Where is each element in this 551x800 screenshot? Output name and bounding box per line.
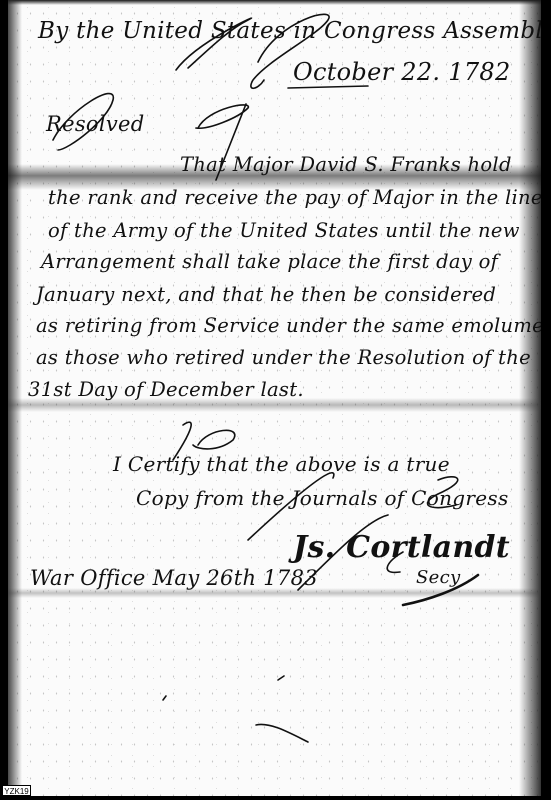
document-page: By the United States in Congress Assembl… (8, 0, 541, 796)
resolved-label: Resolved (46, 112, 145, 136)
body-line: as retiring from Service under the same … (36, 314, 541, 337)
signature: Js. Cortlandt (293, 530, 510, 565)
certification-line: I Certify that the above is a true (113, 452, 450, 476)
place-and-date: War Office May 26th 1783 (30, 566, 318, 590)
body-line: Arrangement shall take place the first d… (41, 250, 498, 273)
archive-label: YZK19 (2, 785, 31, 796)
body-line: January next, and that he then be consid… (36, 283, 496, 306)
certification-line: Copy from the Journals of Congress (136, 486, 509, 510)
body-line: 31st Day of December last. (28, 378, 304, 401)
body-line: of the Army of the United States until t… (48, 219, 520, 242)
document-date: October 22. 1782 (293, 58, 511, 86)
body-line: That Major David S. Franks hold (180, 153, 512, 176)
signature-title: Secy (416, 567, 460, 588)
body-line: as those who retired under the Resolutio… (36, 346, 531, 369)
document-heading: By the United States in Congress Assembl… (38, 18, 541, 44)
body-line: the rank and receive the pay of Major in… (48, 186, 541, 209)
